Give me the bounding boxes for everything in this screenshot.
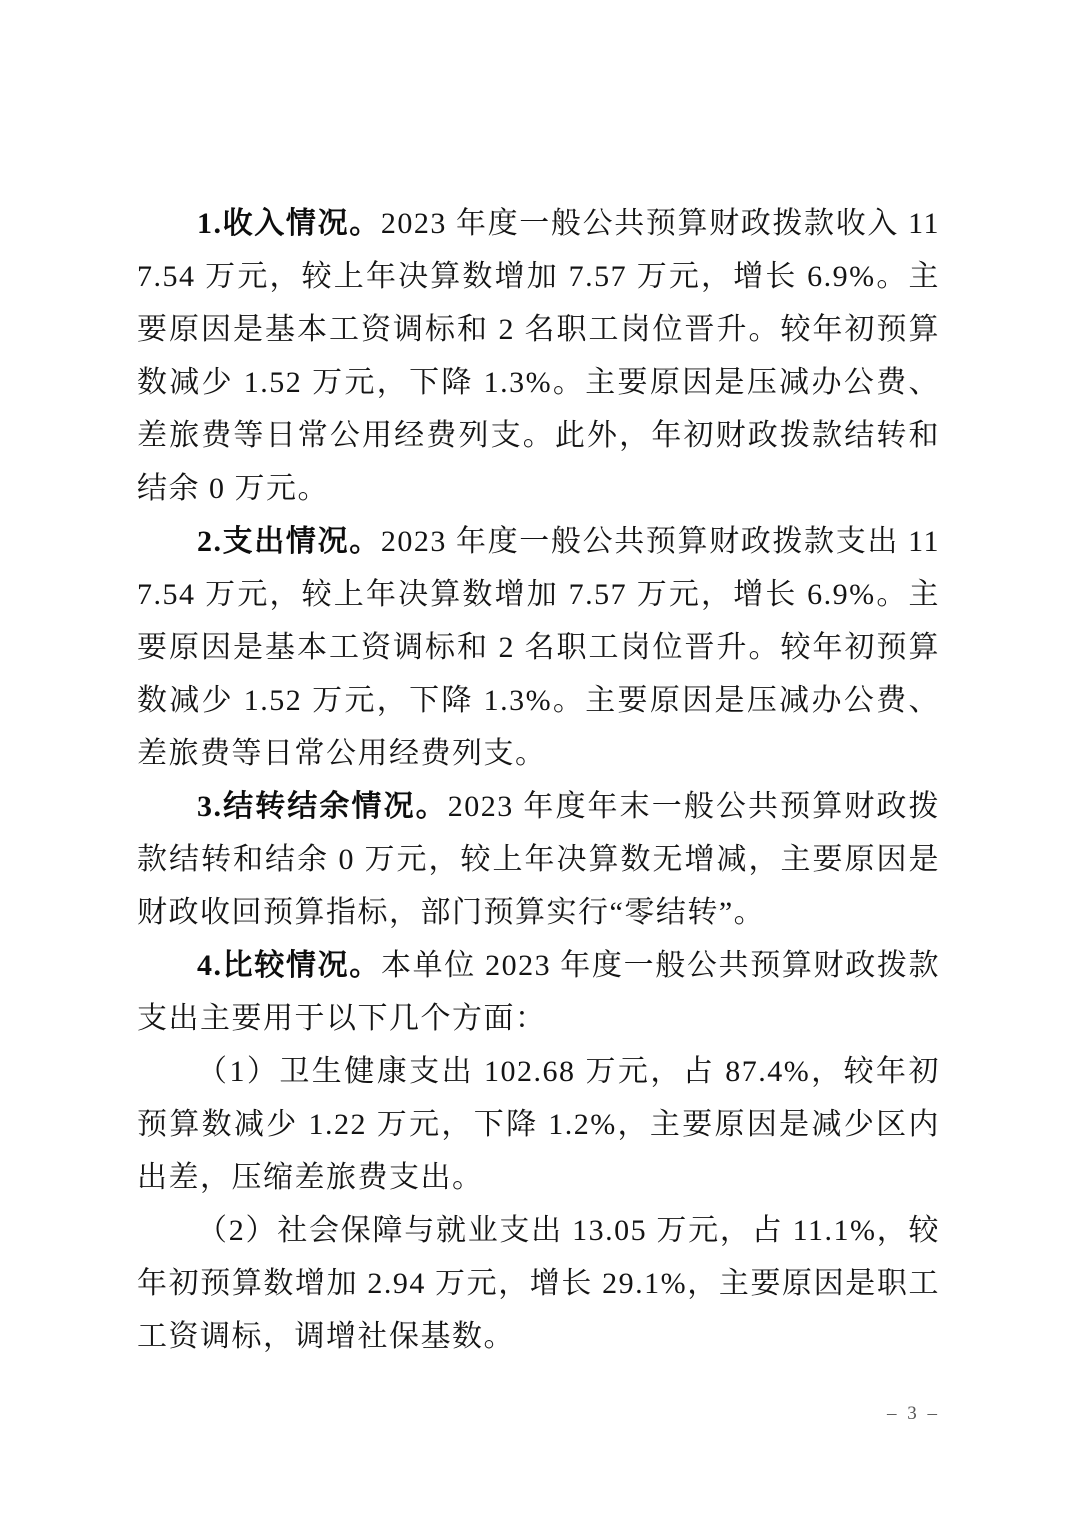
paragraph-text: 2023 年度一般公共预算财政拨款支出 117.54 万元，较上年决算数增加 7…	[137, 525, 940, 770]
section-heading-carryover: 3.结转结余情况。	[197, 790, 448, 823]
page-number: – 3 –	[887, 1403, 940, 1424]
section-heading-comparison: 4.比较情况。	[197, 949, 381, 982]
paragraph-carryover: 3.结转结余情况。2023 年度年末一般公共预算财政拨款结转和结余 0 万元，较…	[137, 780, 940, 939]
paragraph-item-social-security: （2）社会保障与就业支出 13.05 万元，占 11.1%，较年初预算数增加 2…	[137, 1204, 940, 1363]
page-footer: – 3 –	[0, 1402, 940, 1426]
paragraph-item-health: （1）卫生健康支出 102.68 万元，占 87.4%，较年初预算数减少 1.2…	[137, 1045, 940, 1204]
document-page: 1.收入情况。2023 年度一般公共预算财政拨款收入 117.54 万元，较上年…	[0, 0, 1076, 1519]
section-heading-income: 1.收入情况。	[197, 207, 381, 240]
paragraph-comparison: 4.比较情况。本单位 2023 年度一般公共预算财政拨款支出主要用于以下几个方面…	[137, 939, 940, 1045]
paragraph-text: （2）社会保障与就业支出 13.05 万元，占 11.1%，较年初预算数增加 2…	[137, 1214, 940, 1353]
paragraph-expenditure: 2.支出情况。2023 年度一般公共预算财政拨款支出 117.54 万元，较上年…	[137, 515, 940, 780]
paragraph-text: 2023 年度一般公共预算财政拨款收入 117.54 万元，较上年决算数增加 7…	[137, 207, 940, 505]
section-heading-expenditure: 2.支出情况。	[197, 525, 381, 558]
document-body: 1.收入情况。2023 年度一般公共预算财政拨款收入 117.54 万元，较上年…	[137, 197, 940, 1363]
paragraph-income: 1.收入情况。2023 年度一般公共预算财政拨款收入 117.54 万元，较上年…	[137, 197, 940, 515]
paragraph-text: （1）卫生健康支出 102.68 万元，占 87.4%，较年初预算数减少 1.2…	[137, 1055, 940, 1194]
